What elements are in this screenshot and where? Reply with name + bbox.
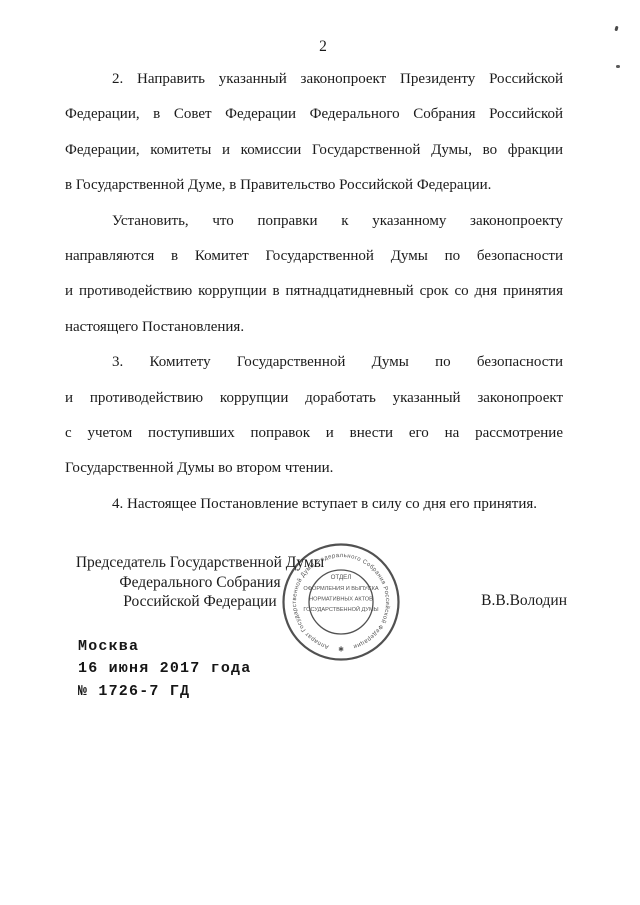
signature-name: В.В.Володин [400, 591, 567, 611]
page-number: 2 [65, 38, 563, 56]
para-2-line-1: Установить, что поправки к указанному за… [65, 204, 563, 239]
para-3-line-3: с учетом поступивших поправок и внести е… [65, 416, 563, 451]
signature-title-line-3: Российской Федерации [65, 592, 335, 612]
issued-number: № 1726-7 ГД [78, 681, 251, 703]
signature-title-line-1: Председатель Государственной Думы [65, 553, 335, 573]
issued-block: Москва 16 июня 2017 года № 1726-7 ГД [78, 636, 251, 703]
issued-date: 16 июня 2017 года [78, 658, 251, 680]
para-2-line-2: направляются в Комитет Государственной Д… [65, 239, 563, 274]
scan-artifact-speck [616, 65, 620, 68]
resolution-body: 2. Направить указанный законопроект През… [65, 62, 563, 522]
para-4-line-1: 4. Настоящее Постановление вступает в си… [65, 487, 563, 522]
para-1-line-4: в Государственной Думе, в Правительство … [65, 168, 563, 203]
para-1-line-3: Федерации, комитеты и комиссии Государст… [65, 133, 563, 168]
scan-artifact-speck [614, 26, 618, 32]
para-2-line-4: настоящего Постановления. [65, 310, 563, 345]
signature-title-line-2: Федерального Собрания [65, 573, 335, 593]
para-3-line-1: 3. Комитету Государственной Думы по безо… [65, 345, 563, 380]
stamp-separator-star: ✱ [338, 646, 344, 654]
issued-city: Москва [78, 636, 251, 658]
document-page: 2 2. Направить указанный законопроект Пр… [0, 0, 640, 905]
para-1-line-2: Федерации, в Совет Федерации Федеральног… [65, 97, 563, 132]
para-3-line-4: Государственной Думы во втором чтении. [65, 451, 563, 486]
para-2-line-3: и противодействию коррупции в пятнадцати… [65, 274, 563, 309]
para-1-line-1: 2. Направить указанный законопроект През… [65, 62, 563, 97]
para-3-line-2: и противодействию коррупции доработать у… [65, 381, 563, 416]
signature-title-block: Председатель Государственной Думы Федера… [65, 553, 335, 612]
